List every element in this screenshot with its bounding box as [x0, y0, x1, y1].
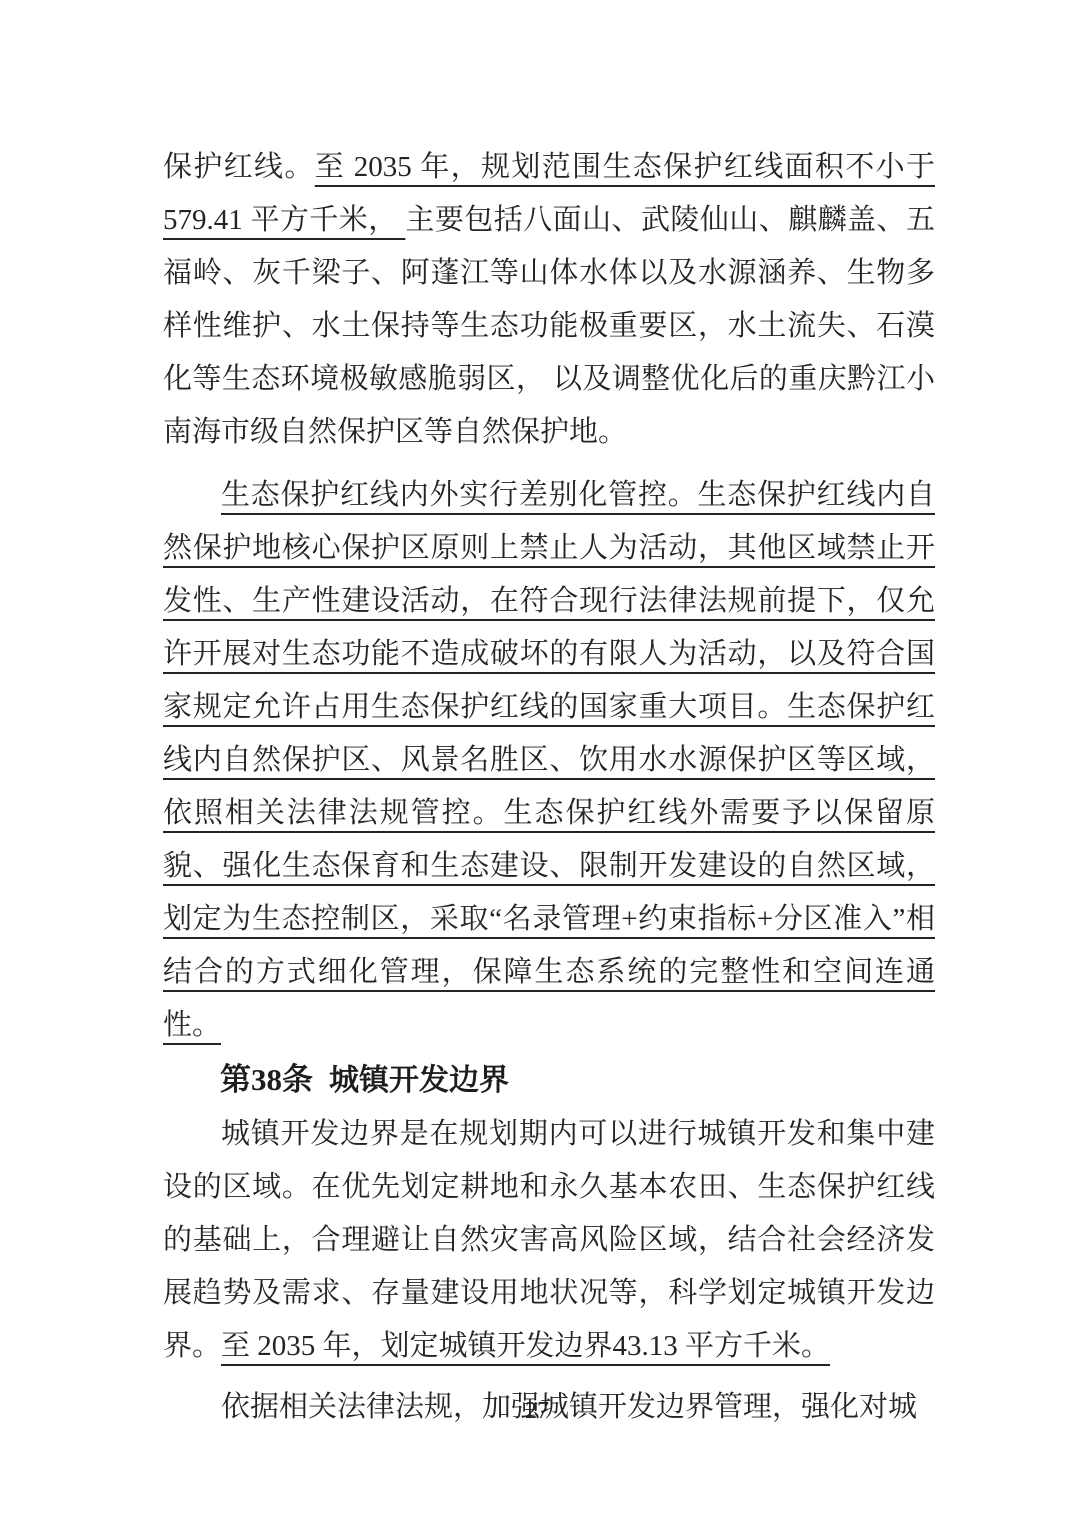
article-title: 城镇开发边界: [329, 1064, 509, 1097]
body-paragraph-3: 城镇开发边界是在规划期内可以进行城镇开发和集中建设的区域。在优先划定耕地和永久基…: [163, 1108, 935, 1373]
paragraph-3-text-start: 城镇开发边界是在规划期内可以进行城镇开发和集中建设的区域。在优先划定耕地和永久基…: [163, 1118, 935, 1362]
page-number: 27: [0, 1396, 1074, 1426]
body-paragraph-2: 生态保护红线内外实行差别化管控。生态保护红线内自然保护地核心保护区原则上禁止人为…: [163, 469, 935, 1052]
paragraph-1-text-end: 主要包括八面山、武陵仙山、麒麟盖、五福岭、灰千梁子、阿蓬江等山体水体以及水源涵养…: [163, 204, 935, 448]
paragraph-1-text-start: 保护红线。: [163, 151, 315, 183]
underlined-key-sentence-3: 至 2035 年，划定城镇开发边界43.13 平方千米。: [221, 1330, 830, 1362]
document-body: 保护红线。至 2035 年，规划范围生态保护红线面积不小于579.41 平方千米…: [163, 141, 935, 1434]
article-number: 第38条: [220, 1062, 313, 1097]
document-page: 保护红线。至 2035 年，规划范围生态保护红线面积不小于579.41 平方千米…: [0, 0, 1074, 1520]
article-heading: 第38条城镇开发边界: [163, 1052, 935, 1108]
underlined-key-sentence-2: 生态保护红线内外实行差别化管控。生态保护红线内自然保护地核心保护区原则上禁止人为…: [163, 479, 935, 1041]
body-paragraph-1: 保护红线。至 2035 年，规划范围生态保护红线面积不小于579.41 平方千米…: [163, 141, 935, 459]
